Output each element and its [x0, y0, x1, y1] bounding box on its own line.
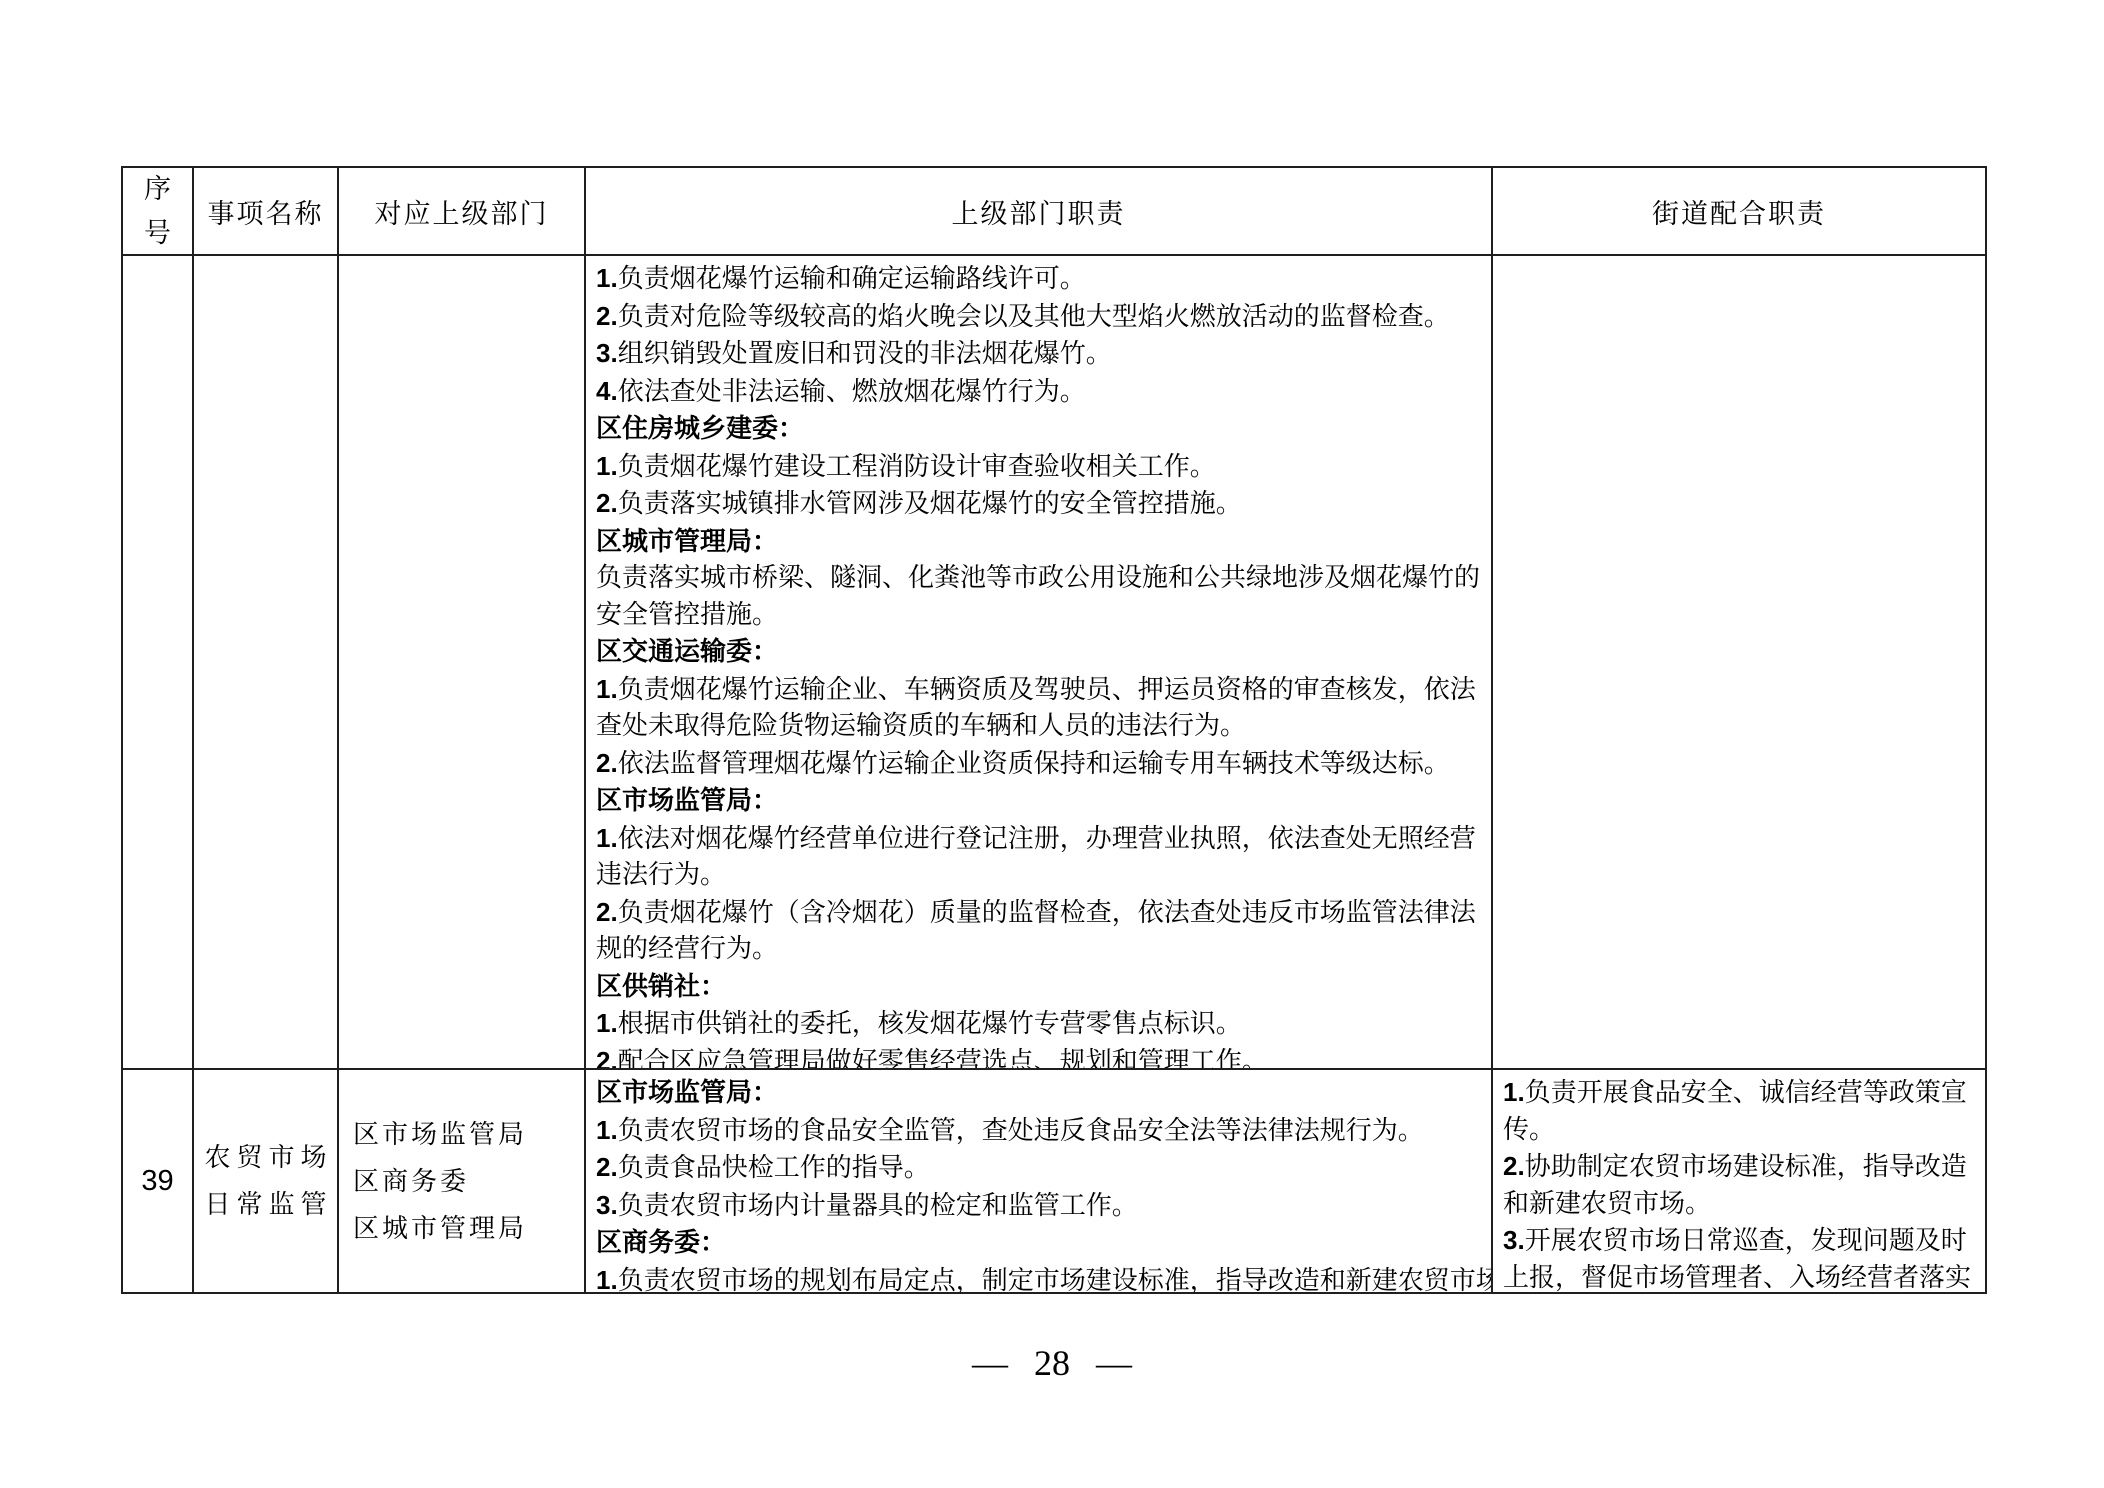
- superior-duty-line: 违法行为。: [596, 857, 1483, 894]
- superior-duty-line: 1.根据市供销社的委托，核发烟花爆竹专营零售点标识。: [596, 1005, 1483, 1043]
- row1-superior-duty-cell: 1.负责烟花爆竹运输和确定运输路线许可。2.负责对危险等级较高的焰火晚会以及其他…: [586, 256, 1493, 1070]
- row1-item-name-cell: [194, 256, 339, 1070]
- street-duty-line: 传。: [1503, 1112, 1977, 1149]
- superior-duty-line: 区住房城乡建委：: [596, 410, 1483, 448]
- column-header-street-duty-label: 街道配合职责: [1652, 192, 1826, 231]
- footer-dash-left: —: [972, 1342, 1008, 1384]
- column-header-seq-line: 号: [144, 211, 171, 255]
- row2-item-name-cell: 农贸市场日常监管: [194, 1070, 339, 1294]
- item-name-line: 日常监管: [198, 1181, 332, 1228]
- superior-duty-line: 2.负责落实城镇排水管网涉及烟花爆竹的安全管控措施。: [596, 485, 1483, 523]
- column-header-department: 对应上级部门: [339, 168, 586, 256]
- document-page: 序号 事项名称 对应上级部门 上级部门职责 街道配合职责 1.负责烟花爆竹运输和…: [0, 0, 2104, 1488]
- superior-duty-line: 1.负责烟花爆竹运输和确定运输路线许可。: [596, 260, 1483, 298]
- superior-duty-line: 4.依法查处非法运输、燃放烟花爆竹行为。: [596, 373, 1483, 411]
- department-line: 区商务委: [353, 1158, 584, 1205]
- footer-page-number: 28: [1034, 1342, 1070, 1384]
- row1-street-duty-cell: [1493, 256, 1987, 1070]
- row1-department-cell: [339, 256, 586, 1070]
- column-header-superior-duty-label: 上级部门职责: [952, 192, 1126, 231]
- superior-duty-line: 区市场监管局：: [596, 782, 1483, 820]
- page-number: —28—: [0, 1342, 2104, 1384]
- street-duty-line: 1.负责开展食品安全、诚信经营等政策宣: [1503, 1074, 1977, 1112]
- street-duty-line: 3.开展农贸市场日常巡查，发现问题及时: [1503, 1222, 1977, 1260]
- superior-duty-line: 2.配合区应急管理局做好零售经营选点、规划和管理工作。: [596, 1043, 1483, 1071]
- street-duty-line: 2.协助制定农贸市场建设标准，指导改造: [1503, 1148, 1977, 1186]
- superior-duty-line: 2.负责对危险等级较高的焰火晚会以及其他大型焰火燃放活动的监督检查。: [596, 298, 1483, 336]
- row2-department-cell: 区市场监管局区商务委区城市管理局: [339, 1070, 586, 1294]
- superior-duty-line: 查处未取得危险货物运输资质的车辆和人员的违法行为。: [596, 708, 1483, 745]
- column-header-street-duty: 街道配合职责: [1493, 168, 1987, 256]
- street-duty-line: 和新建农贸市场。: [1503, 1186, 1977, 1223]
- superior-duty-line: 1.负责烟花爆竹运输企业、车辆资质及驾驶员、押运员资格的审查核发，依法: [596, 671, 1483, 709]
- department-line: 区城市管理局: [353, 1205, 584, 1252]
- superior-duty-line: 区城市管理局：: [596, 523, 1483, 561]
- superior-duty-line: 2.负责食品快检工作的指导。: [596, 1149, 1483, 1187]
- column-header-seq: 序号: [123, 168, 194, 256]
- column-header-item-name-label: 事项名称: [208, 192, 324, 231]
- superior-duty-line: 安全管控措施。: [596, 597, 1483, 634]
- duties-table: 序号 事项名称 对应上级部门 上级部门职责 街道配合职责 1.负责烟花爆竹运输和…: [121, 166, 1987, 1294]
- superior-duty-line: 2.依法监督管理烟花爆竹运输企业资质保持和运输专用车辆技术等级达标。: [596, 745, 1483, 783]
- row2-seq-cell: 39: [123, 1070, 194, 1294]
- department-line: 区市场监管局: [353, 1111, 584, 1158]
- superior-duty-line: 区市场监管局：: [596, 1074, 1483, 1112]
- footer-dash-right: —: [1096, 1342, 1132, 1384]
- superior-duty-line: 区交通运输委：: [596, 633, 1483, 671]
- superior-duty-line: 3.负责农贸市场内计量器具的检定和监管工作。: [596, 1187, 1483, 1225]
- superior-duty-line: 区商务委：: [596, 1224, 1483, 1262]
- superior-duty-line: 负责落实城市桥梁、隧洞、化粪池等市政公用设施和公共绿地涉及烟花爆竹的: [596, 560, 1483, 597]
- item-name-line: 农贸市场: [198, 1134, 332, 1181]
- superior-duty-line: 3.组织销毁处置废旧和罚没的非法烟花爆竹。: [596, 335, 1483, 373]
- row1-seq-cell: [123, 256, 194, 1070]
- column-header-department-label: 对应上级部门: [375, 192, 549, 231]
- superior-duty-line: 1.负责农贸市场的食品安全监管，查处违反食品安全法等法律法规行为。: [596, 1112, 1483, 1150]
- column-header-superior-duty: 上级部门职责: [586, 168, 1493, 256]
- street-duty-line: 上报，督促市场管理者、入场经营者落实: [1503, 1260, 1977, 1295]
- superior-duty-line: 1.负责农贸市场的规划布局定点，制定市场建设标准，指导改造和新建农贸市场。: [596, 1262, 1483, 1295]
- superior-duty-line: 规的经营行为。: [596, 931, 1483, 968]
- superior-duty-line: 1.依法对烟花爆竹经营单位进行登记注册，办理营业执照，依法查处无照经营: [596, 820, 1483, 858]
- superior-duty-line: 区供销社：: [596, 968, 1483, 1006]
- column-header-seq-line: 序: [144, 168, 171, 211]
- row2-superior-duty-cell: 区市场监管局：1.负责农贸市场的食品安全监管，查处违反食品安全法等法律法规行为。…: [586, 1070, 1493, 1294]
- column-header-item-name: 事项名称: [194, 168, 339, 256]
- superior-duty-line: 1.负责烟花爆竹建设工程消防设计审查验收相关工作。: [596, 448, 1483, 486]
- row2-street-duty-cell: 1.负责开展食品安全、诚信经营等政策宣传。2.协助制定农贸市场建设标准，指导改造…: [1493, 1070, 1987, 1294]
- superior-duty-line: 2.负责烟花爆竹（含冷烟花）质量的监督检查，依法查处违反市场监管法律法: [596, 894, 1483, 932]
